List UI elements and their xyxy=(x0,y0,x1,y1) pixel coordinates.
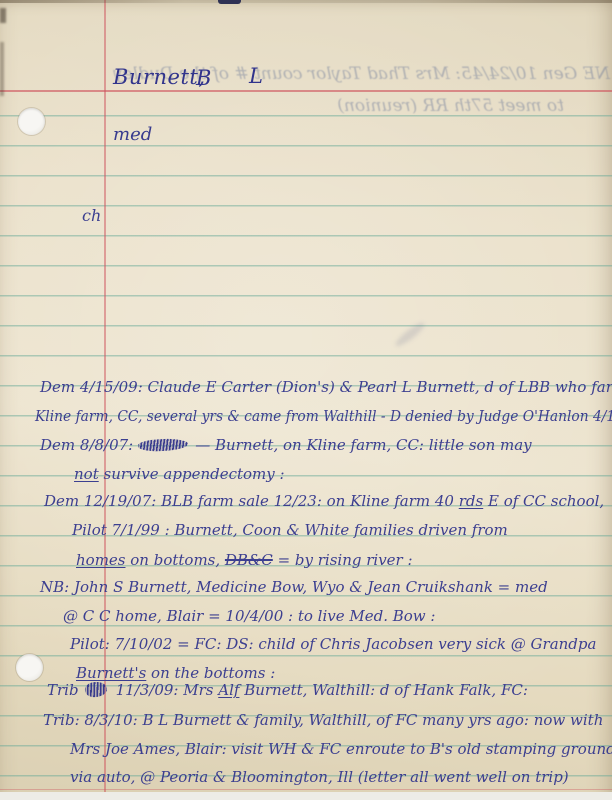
entry-text: on the bottoms : xyxy=(146,664,275,682)
entry-line-2: Kline farm, CC, several yrs & came from … xyxy=(35,407,612,426)
left-edge-smudge xyxy=(0,42,4,96)
entry-line-1: Dem 4/15/09: Claude E Carter (Dion's) & … xyxy=(40,378,612,397)
header-middle-initial: L xyxy=(249,63,263,89)
struck-out-word: DB&C xyxy=(225,551,273,569)
entry-line-4: not survive appendectomy : xyxy=(74,465,285,484)
entry-line-13: Trib: 8/3/10: B L Burnett & family, Walt… xyxy=(43,711,603,730)
bleedthrough-text: to meet 57th RR (reunion) xyxy=(268,96,564,116)
page-top-edge-shadow xyxy=(0,0,612,3)
scanner-edge-strip xyxy=(0,792,612,800)
entry-text: — Burnett, on Kline farm, CC: little son… xyxy=(195,436,531,454)
entry-text: Dem 12/19/07: BLB farm sale 12/23: on Kl… xyxy=(44,492,459,510)
underlined-word: not xyxy=(74,465,99,483)
entry-line-5: Dem 12/19/07: BLB farm sale 12/23: on Kl… xyxy=(44,492,604,511)
underlined-word: rds xyxy=(459,492,483,510)
entry-text: 11/3/09: Mrs xyxy=(116,681,219,699)
ink-mark-top-edge xyxy=(218,0,241,4)
underlined-word: Burnett's xyxy=(76,664,146,682)
header-surname: Burnett, xyxy=(113,64,206,90)
entry-text: on bottoms, xyxy=(126,551,225,569)
entry-line-7: homes on bottoms, DB&C = by rising river… xyxy=(76,551,413,570)
entry-text: Trib xyxy=(47,681,79,699)
margin-note: ch xyxy=(82,206,101,225)
entry-line-14: Mrs Joe Ames, Blair: visit WH & FC enrou… xyxy=(70,740,612,759)
entry-text: survive appendectomy : xyxy=(99,465,285,483)
entry-line-9: @ C C home, Blair = 10/4/00 : to live Me… xyxy=(63,607,435,626)
entry-line-3: Dem 8/8/07:— Burnett, on Kline farm, CC:… xyxy=(40,436,532,455)
entry-text: Burnett, Walthill: d of Hank Falk, FC: xyxy=(239,681,527,699)
entry-text: Dem 8/8/07: xyxy=(40,436,133,454)
entry-text: = by rising river : xyxy=(273,551,413,569)
entry-line-15: via auto, @ Peoria & Bloomington, Ill (l… xyxy=(70,768,569,787)
entry-line-12: Trib11/3/09: Mrs Alf Burnett, Walthill: … xyxy=(47,681,528,700)
entry-line-8: NB: John S Burnett, Medicine Bow, Wyo & … xyxy=(40,578,548,597)
category-tag: med xyxy=(113,125,152,144)
scribbled-out-word xyxy=(84,681,108,699)
underlined-word: Alf xyxy=(218,681,239,699)
punch-hole-top xyxy=(18,108,45,135)
scanned-index-card-page: NE Gen 10/24/45: Mrs Thad Taylor count #… xyxy=(0,0,612,800)
scribbled-out-word xyxy=(138,438,189,453)
entry-text: E of CC school, xyxy=(483,492,604,510)
underlined-word: homes xyxy=(76,551,126,569)
bottom-edge-rule xyxy=(0,789,612,790)
ink-smudge xyxy=(393,320,427,349)
left-edge-smudge xyxy=(0,8,6,23)
header-given-initial: B xyxy=(196,65,212,91)
entry-line-10: Pilot: 7/10/02 = FC: DS: child of Chris … xyxy=(70,635,596,654)
punch-hole-bottom xyxy=(16,654,43,681)
entry-line-6: Pilot 7/1/99 : Burnett, Coon & White fam… xyxy=(72,521,508,540)
red-header-rule xyxy=(0,90,612,92)
